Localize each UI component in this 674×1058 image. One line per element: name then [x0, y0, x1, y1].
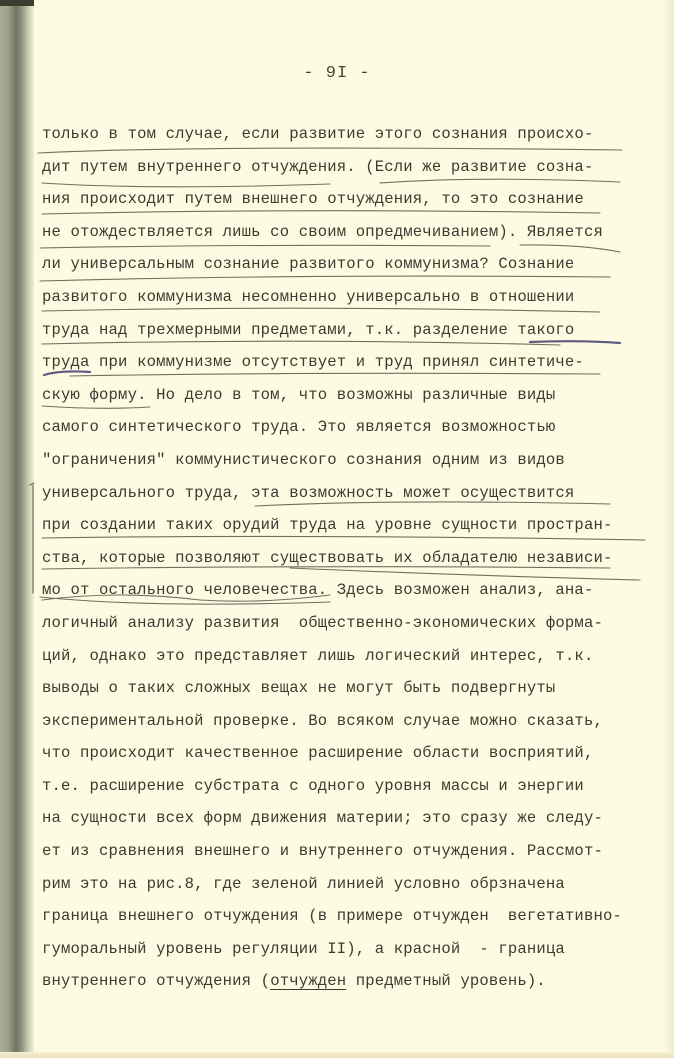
text-line: труда при коммунизме отсутствует и труд …: [42, 346, 662, 379]
text-line: скую форму. Но дело в том, что возможны …: [42, 379, 662, 412]
page-number: - 9I -: [0, 64, 674, 83]
text-line: универсального труда, эта возможность мо…: [42, 477, 662, 510]
page-edge: [664, 0, 674, 1058]
text-segment: предметный уровень).: [346, 972, 546, 990]
text-line: что происходит качественное расширение о…: [42, 737, 662, 770]
page-bottom-edge: [0, 1052, 674, 1058]
text-line: дит путем внутреннего отчуждения. (Если …: [42, 151, 662, 184]
text-line: логичный анализу развития общественно-эк…: [42, 607, 662, 640]
text-line: только в том случае, если развитие этого…: [42, 118, 662, 151]
text-line: граница внешнего отчуждения (в примере о…: [42, 900, 662, 933]
text-line: не отождествляется лишь со своим опредме…: [42, 216, 662, 249]
book-binding-shadow: [0, 0, 34, 1058]
underlined-word: отчужден: [270, 972, 346, 990]
text-line: рим это на рис.8, где зеленой линией усл…: [42, 868, 662, 901]
text-line: на сущности всех форм движения материи; …: [42, 802, 662, 835]
text-line: развитого коммунизма несомненно универса…: [42, 281, 662, 314]
text-line: мо от остального человечества. Здесь воз…: [42, 574, 662, 607]
text-line: ли универсальным сознание развитого комм…: [42, 248, 662, 281]
text-line: труда над трехмерными предметами, т.к. р…: [42, 314, 662, 347]
text-line: при создании таких орудий труда на уровн…: [42, 509, 662, 542]
text-line: ций, однако это представляет лишь логиче…: [42, 640, 662, 673]
text-line: ства, которые позволяют существовать их …: [42, 542, 662, 575]
text-line: т.е. расширение субстрата с одного уровн…: [42, 770, 662, 803]
text-line-last: внутреннего отчуждения (отчужден предмет…: [42, 965, 662, 998]
text-line: самого синтетического труда. Это являетс…: [42, 411, 662, 444]
text-line: экспериментальной проверке. Во всяком сл…: [42, 705, 662, 738]
text-line: гуморальный уровень регуляции II), а кра…: [42, 933, 662, 966]
text-segment: внутреннего отчуждения (: [42, 972, 270, 990]
text-line: "ограничения" коммунистического сознания…: [42, 444, 662, 477]
typewritten-body: только в том случае, если развитие этого…: [42, 118, 662, 998]
text-line: ет из сравнения внешнего и внутреннего о…: [42, 835, 662, 868]
text-line: выводы о таких сложных вещах не могут бы…: [42, 672, 662, 705]
text-line: ния происходит путем внешнего отчуждения…: [42, 183, 662, 216]
